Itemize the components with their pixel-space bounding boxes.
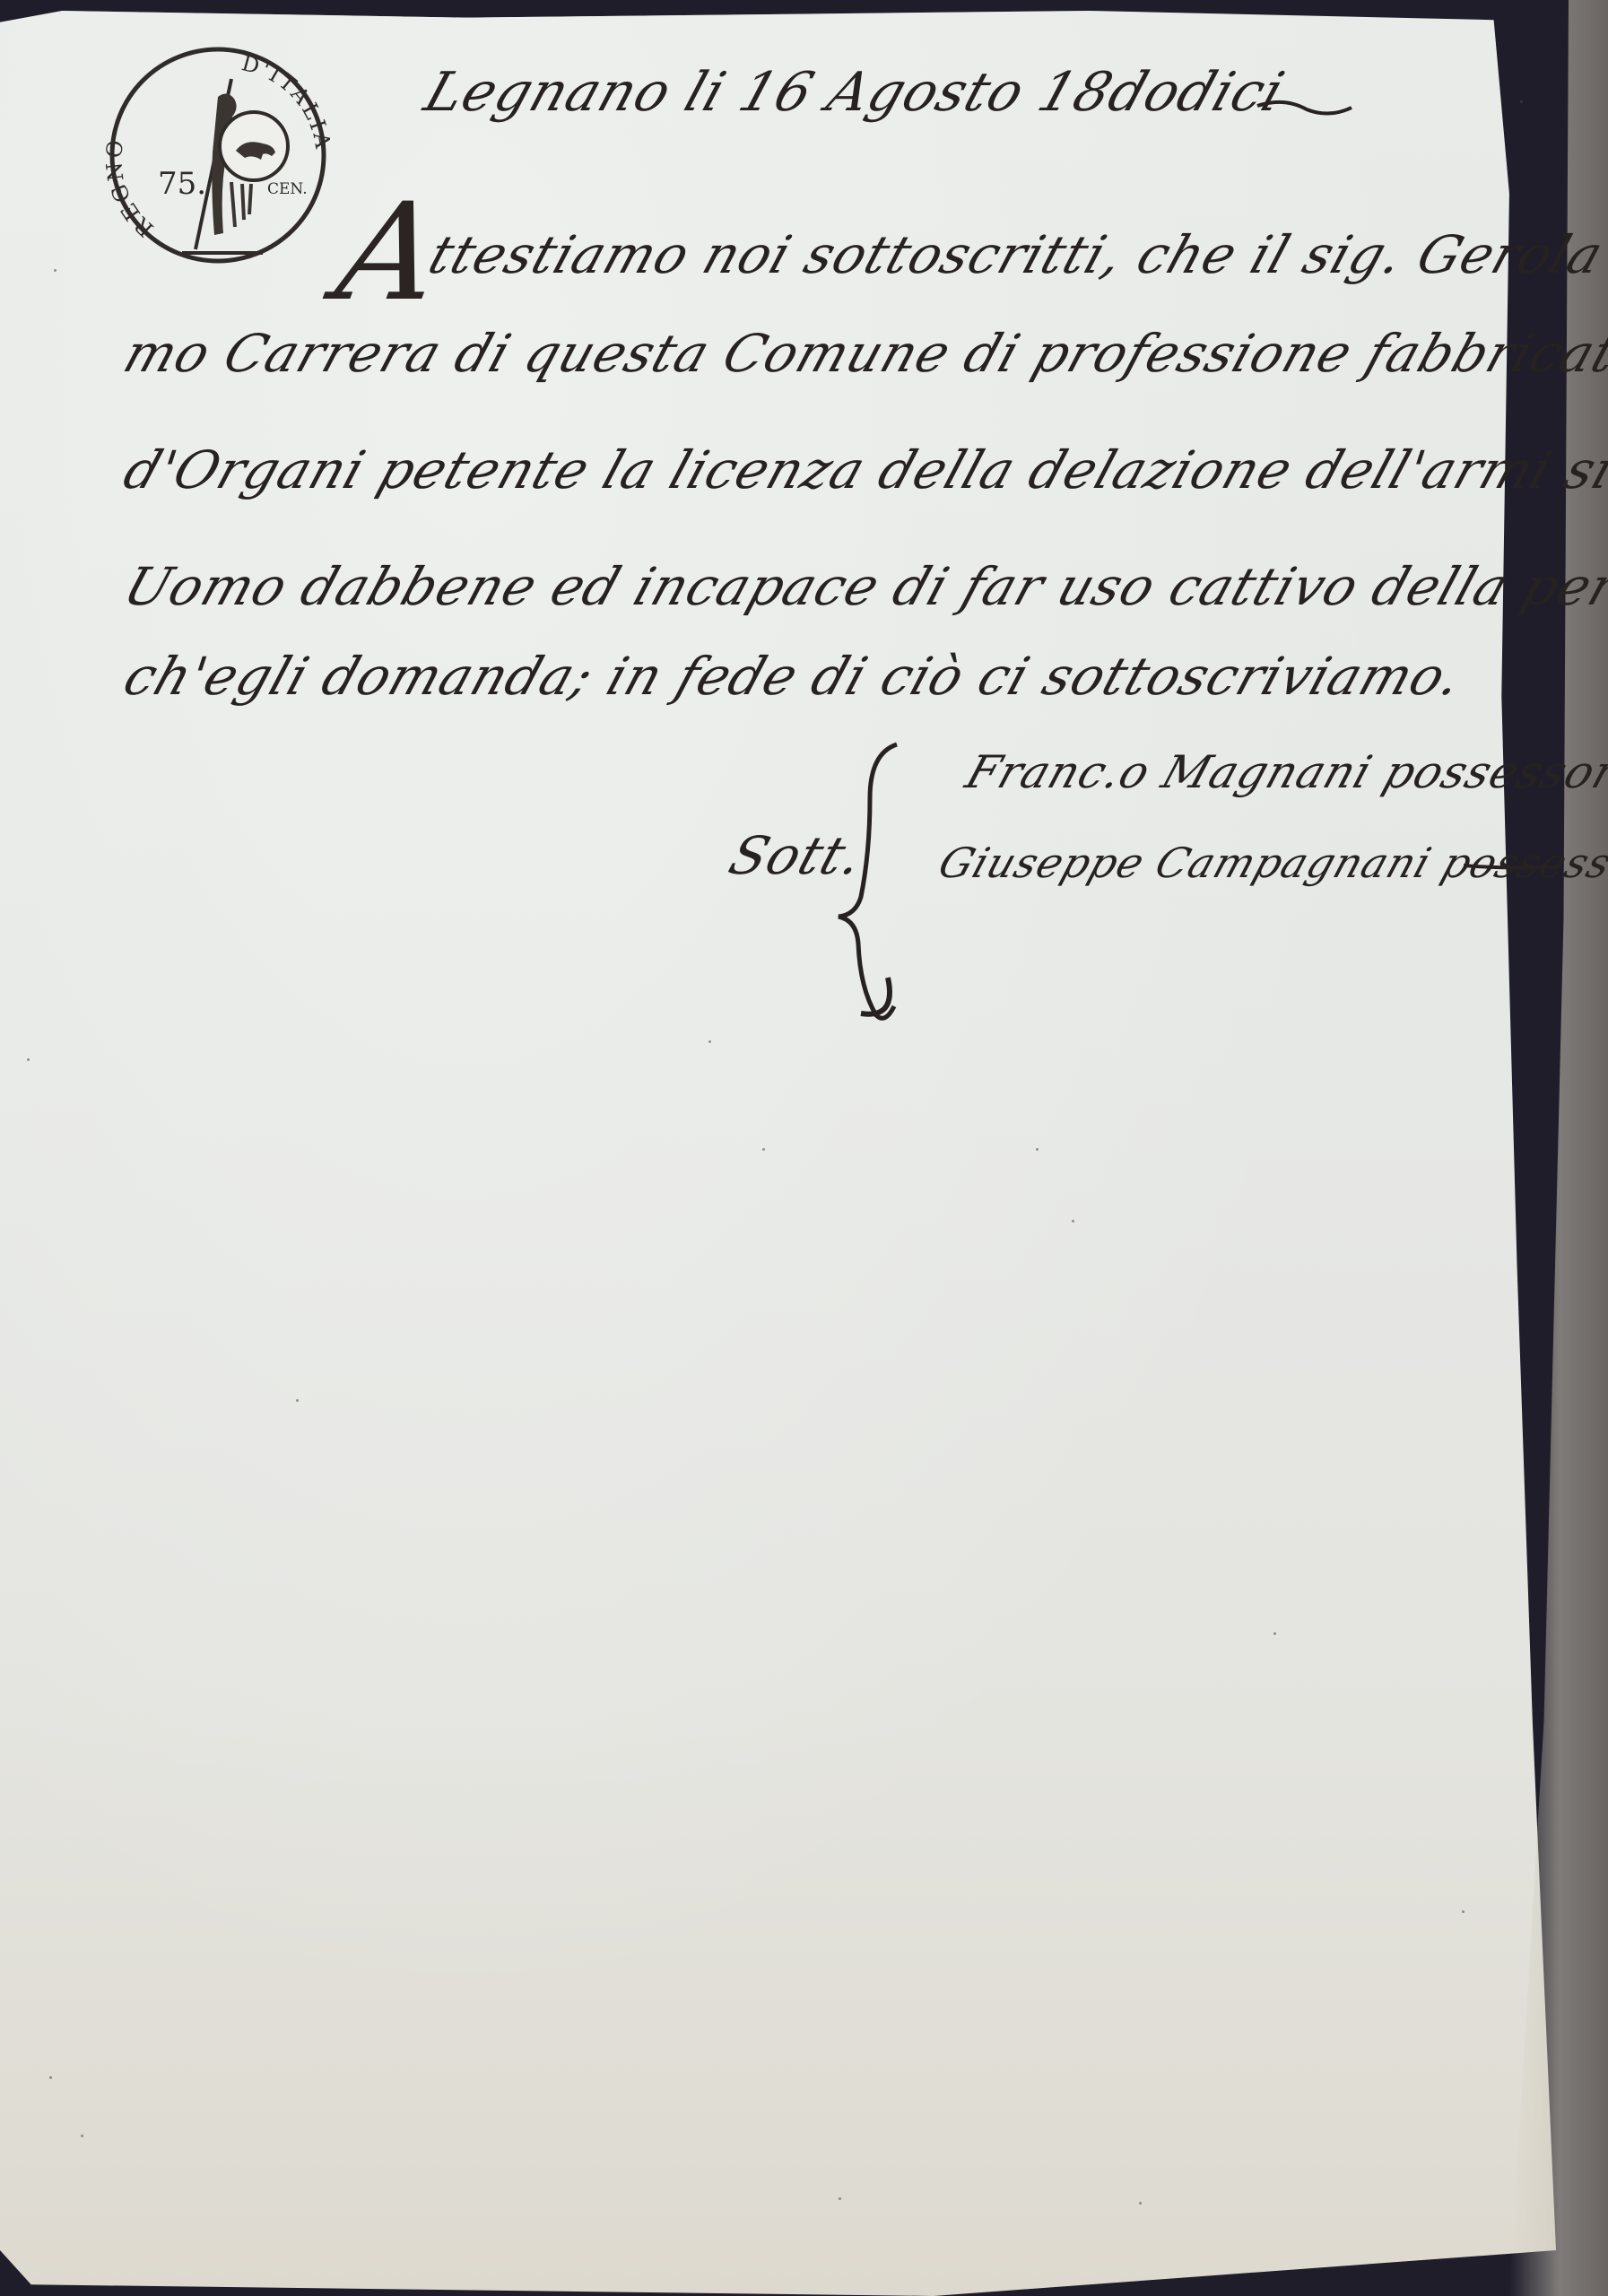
svg-text:REGNO: REGNO: [106, 136, 159, 242]
paper-speck: [1139, 2202, 1142, 2205]
revenue-stamp: REGNO D'ITALIA 75. CEN.: [106, 43, 330, 267]
body-line-3: d'Organi petente la licenza della delazi…: [117, 439, 1608, 500]
signature-underline-icon: [1462, 857, 1560, 874]
body-line-4: Uomo dabbene ed incapace di far uso catt…: [117, 556, 1608, 617]
body-line-1: ttestiamo noi sottoscritti, che il sig. …: [422, 224, 1608, 285]
paper-speck: [839, 2197, 841, 2200]
date-flourish-icon: [1256, 81, 1354, 117]
paper-speck: [296, 1399, 299, 1402]
paper-speck: [49, 2076, 52, 2079]
signature-1: Franc.o Magnani possessore: [960, 746, 1608, 798]
stamp-unit: CEN.: [267, 180, 308, 198]
paper-speck: [1273, 1632, 1276, 1635]
standing-warrior-with-shield-icon: REGNO D'ITALIA 75. CEN.: [106, 43, 330, 267]
stamp-legend-left: REGNO: [106, 136, 159, 242]
paper-speck: [1036, 1148, 1039, 1151]
stamp-value: 75.: [158, 166, 206, 202]
paper-speck: [708, 1040, 711, 1043]
date-line: Legnano li 16 Agosto 18dodici: [417, 61, 1292, 124]
body-line-5: ch'egli domanda; in fede di ciò ci sotto…: [117, 646, 1471, 707]
body-line-2: mo Carrera di questa Comune di professio…: [117, 323, 1608, 384]
paper-speck: [81, 2135, 83, 2137]
paper-speck: [1520, 100, 1523, 103]
paper-speck: [27, 1058, 30, 1061]
paper-speck: [1072, 1220, 1074, 1222]
paper-speck: [54, 269, 56, 272]
paper-speck: [762, 1148, 765, 1151]
paper-speck: [1462, 1910, 1465, 1913]
